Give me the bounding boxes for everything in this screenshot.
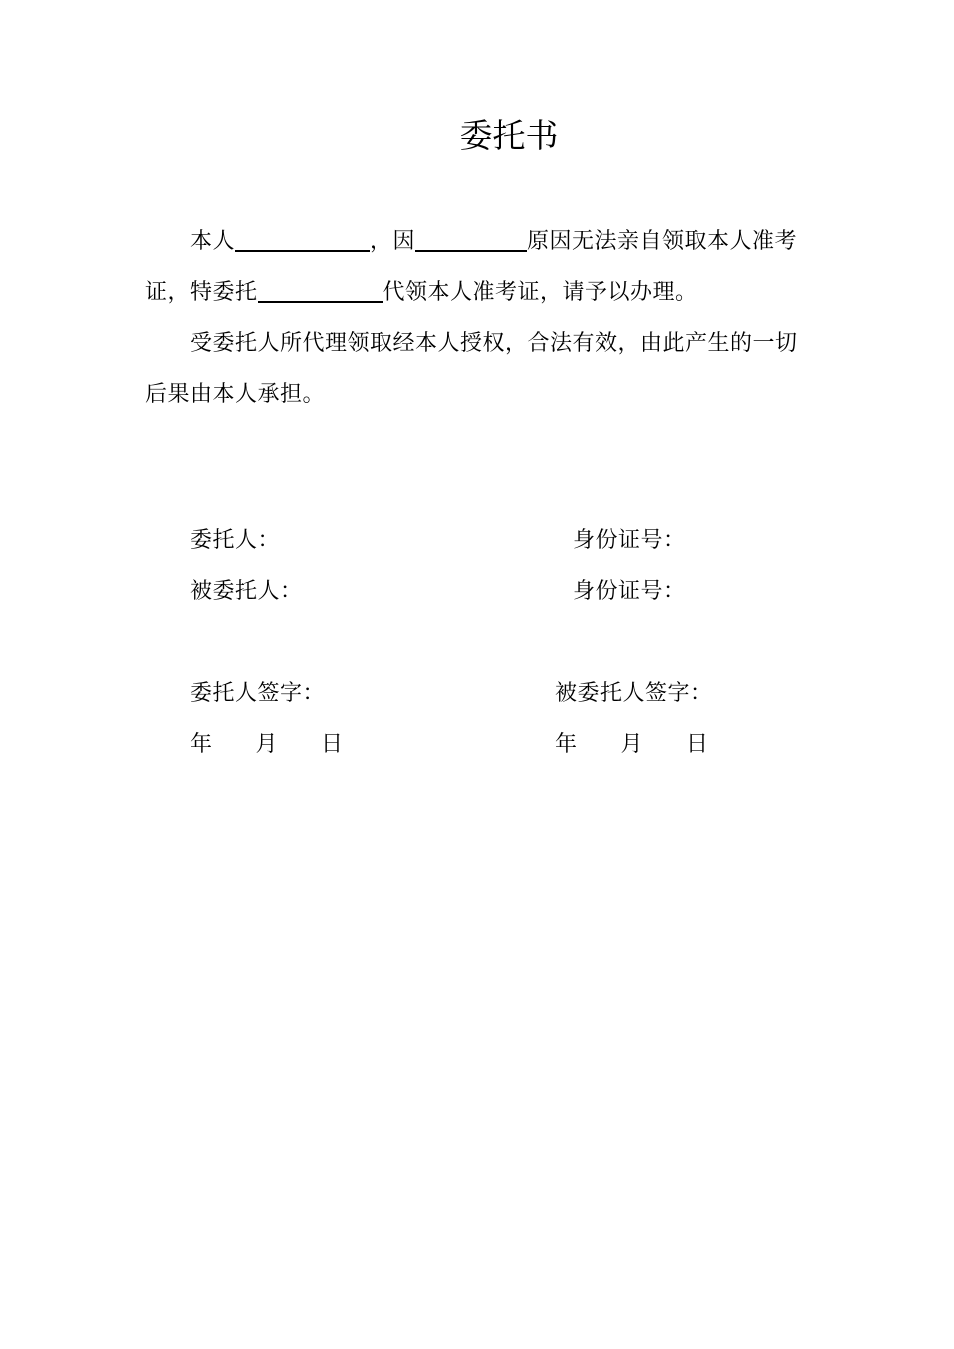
date-right: 年月日 (555, 718, 709, 769)
paragraph-1-line-2: 证，特委托代领本人准考证，请予以办理。 (145, 266, 815, 317)
agent-sign-label: 被委托人签字： (555, 667, 713, 718)
principal-sign-label: 委托人签字： (190, 680, 325, 705)
principal-row: 委托人： 身份证号： (145, 514, 954, 565)
document-body: 本人，因原因无法亲自领取本人准考 证，特委托代领本人准考证，请予以办理。 受委托… (145, 215, 815, 419)
signature-section: 委托人： 身份证号： 被委托人： 身份证号： 委托人签字： 被委托人签字： 年月… (145, 514, 954, 769)
month-label-right: 月 (621, 731, 644, 756)
blank-row (145, 616, 954, 667)
paragraph-2-line-2: 后果由本人承担。 (145, 368, 815, 419)
paragraph-2-line-1: 受委托人所代理领取经本人授权，合法有效，由此产生的一切 (145, 317, 815, 368)
blank-principal-name (235, 250, 370, 252)
p1-text-3: 原因无法亲自领取本人准考 (527, 228, 797, 253)
month-label-left: 月 (256, 731, 279, 756)
p1-text-4: 证，特委托 (145, 279, 258, 304)
year-label-right: 年 (555, 731, 578, 756)
blank-reason (415, 250, 527, 252)
p1-text-5: 代领本人准考证，请予以办理。 (383, 279, 698, 304)
date-left: 年月日 (190, 731, 344, 756)
agent-label: 被委托人： (190, 578, 303, 603)
principal-id-label: 身份证号： (573, 514, 686, 565)
p2-text-1: 受委托人所代理领取经本人授权，合法有效，由此产生的一切 (190, 330, 798, 355)
page: 委托书 本人，因原因无法亲自领取本人准考 证，特委托代领本人准考证，请予以办理。… (0, 0, 954, 1349)
p2-text-2: 后果由本人承担。 (145, 381, 325, 406)
p1-text-1: 本人 (190, 228, 235, 253)
date-row: 年月日 年月日 (145, 718, 954, 769)
principal-label: 委托人： (190, 527, 280, 552)
year-label-left: 年 (190, 731, 213, 756)
p1-text-2: ，因 (370, 228, 415, 253)
day-label-right: 日 (686, 731, 709, 756)
paragraph-1-line-1: 本人，因原因无法亲自领取本人准考 (145, 215, 815, 266)
agent-id-label: 身份证号： (573, 565, 686, 616)
sign-row: 委托人签字： 被委托人签字： (145, 667, 954, 718)
agent-row: 被委托人： 身份证号： (145, 565, 954, 616)
blank-agent-name (258, 301, 383, 303)
document-title: 委托书 (0, 0, 954, 159)
day-label-left: 日 (321, 731, 344, 756)
